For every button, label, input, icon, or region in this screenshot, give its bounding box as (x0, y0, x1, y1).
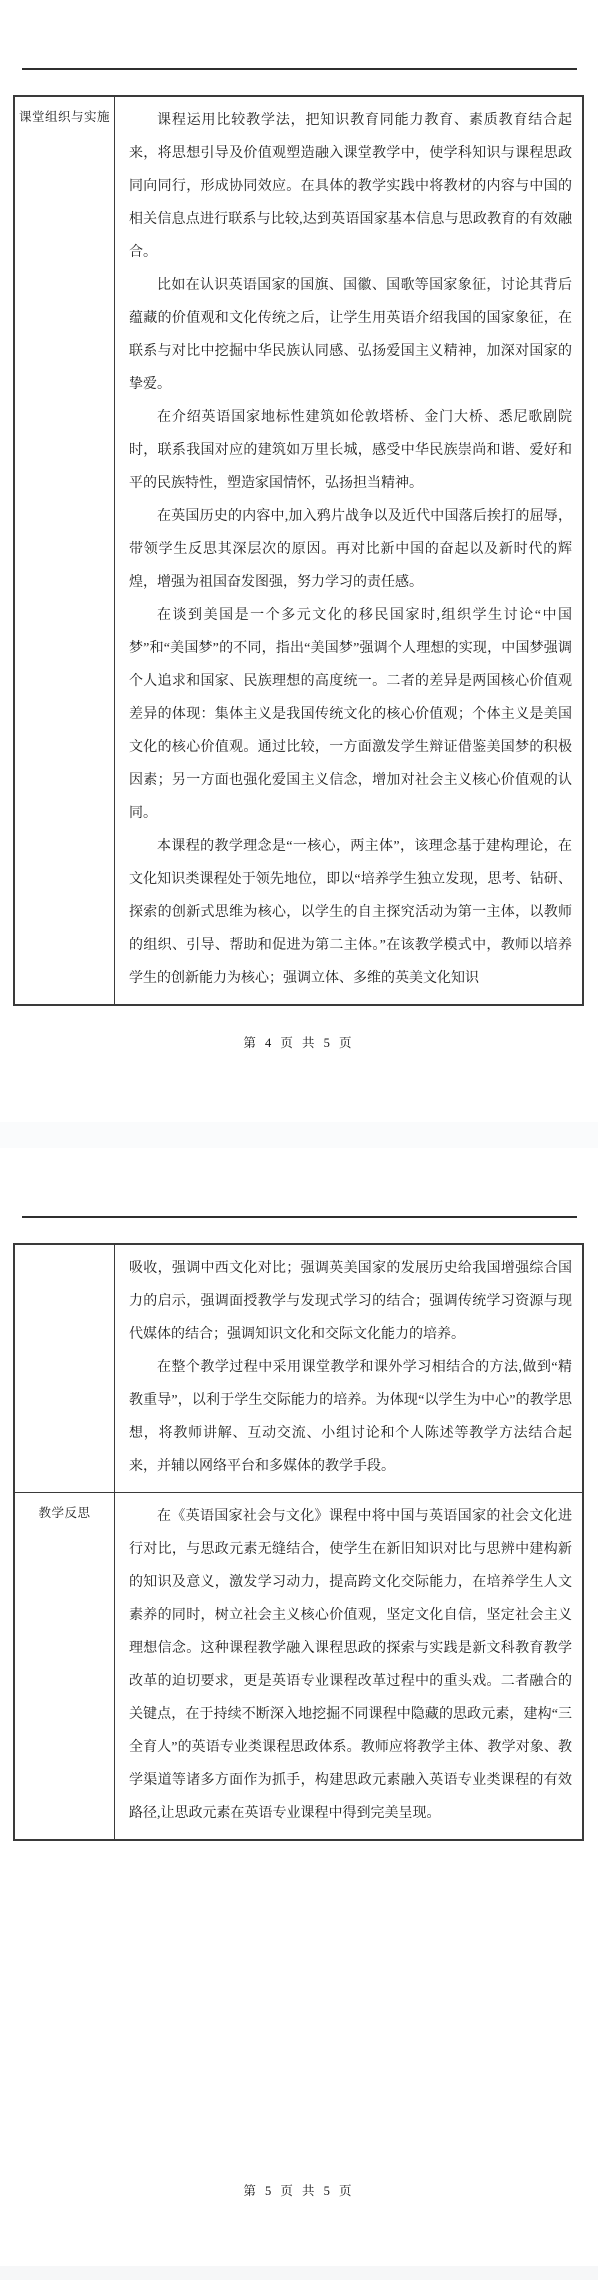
table-row: 教学反思 在《英语国家社会与文化》课程中将中国与英语国家的社会文化进行对比，与思… (15, 1492, 582, 1839)
row-content: 在《英语国家社会与文化》课程中将中国与英语国家的社会文化进行对比，与思政元素无缝… (115, 1493, 582, 1839)
paragraph: 在介绍英语国家地标性建筑如伦敦塔桥、金门大桥、悉尼歌剧院时，联系我国对应的建筑如… (129, 401, 572, 500)
row-content: 课程运用比较教学法，把知识教育同能力教育、素质教育结合起来，将思想引导及价值观塑… (115, 97, 582, 1004)
page-header-rule (22, 68, 577, 70)
paragraph: 本课程的教学理念是“一核心，两主体”，该理念基于建构理论，在文化知识类课程处于领… (129, 830, 572, 995)
paragraph: 课程运用比较教学法，把知识教育同能力教育、素质教育结合起来，将思想引导及价值观塑… (129, 104, 572, 269)
page-header-rule (22, 1216, 577, 1218)
paragraph: 在英国历史的内容中,加入鸦片战争以及近代中国落后挨打的屈辱，带领学生反思其深层次… (129, 500, 572, 599)
paragraph: 比如在认识英语国家的国旗、国徽、国歌等国家象征，讨论其背后蕴藏的价值观和文化传统… (129, 269, 572, 401)
page-gap (0, 1122, 598, 1148)
paragraph: 在谈到美国是一个多元文化的移民国家时,组织学生讨论“中国梦”和“美国梦”的不同，… (129, 599, 572, 830)
page-5: 吸收，强调中西文化对比；强调英美国家的发展历史给我国增强综合国力的启示，强调面授… (0, 1148, 598, 2266)
row-label-text: 教学反思 (38, 1506, 90, 1520)
paragraph: 在整个教学过程中采用课堂教学和课外学习相结合的方法,做到“精教重导”，以利于学生… (129, 1351, 572, 1483)
course-plan-table: 课堂组织与实施 课程运用比较教学法，把知识教育同能力教育、素质教育结合起来，将思… (13, 95, 584, 1006)
row-label-classroom-implementation: 课堂组织与实施 (15, 97, 115, 1004)
paragraph-continuation: 吸收，强调中西文化对比；强调英美国家的发展历史给我国增强综合国力的启示，强调面授… (129, 1252, 572, 1351)
paragraph: 在《英语国家社会与文化》课程中将中国与英语国家的社会文化进行对比，与思政元素无缝… (129, 1500, 572, 1830)
course-plan-table-continued: 吸收，强调中西文化对比；强调英美国家的发展历史给我国增强综合国力的启示，强调面授… (13, 1243, 584, 1841)
row-content: 吸收，强调中西文化对比；强调英美国家的发展历史给我国增强综合国力的启示，强调面授… (115, 1245, 582, 1492)
table-row: 吸收，强调中西文化对比；强调英美国家的发展历史给我国增强综合国力的启示，强调面授… (15, 1245, 582, 1492)
viewport-bottom-strip (0, 2266, 598, 2280)
table-row: 课堂组织与实施 课程运用比较教学法，把知识教育同能力教育、素质教育结合起来，将思… (15, 97, 582, 1004)
document-viewer: 课堂组织与实施 课程运用比较教学法，把知识教育同能力教育、素质教育结合起来，将思… (0, 0, 598, 2280)
row-label-text: 课堂组织与实施 (19, 110, 110, 124)
page-number-footer: 第 5 页 共 5 页 (0, 2181, 598, 2199)
page-number-footer: 第 4 页 共 5 页 (0, 1033, 598, 1051)
page-4: 课堂组织与实施 课程运用比较教学法，把知识教育同能力教育、素质教育结合起来，将思… (0, 0, 598, 1122)
row-label-teaching-reflection: 教学反思 (15, 1493, 115, 1839)
row-label-empty (15, 1245, 115, 1492)
